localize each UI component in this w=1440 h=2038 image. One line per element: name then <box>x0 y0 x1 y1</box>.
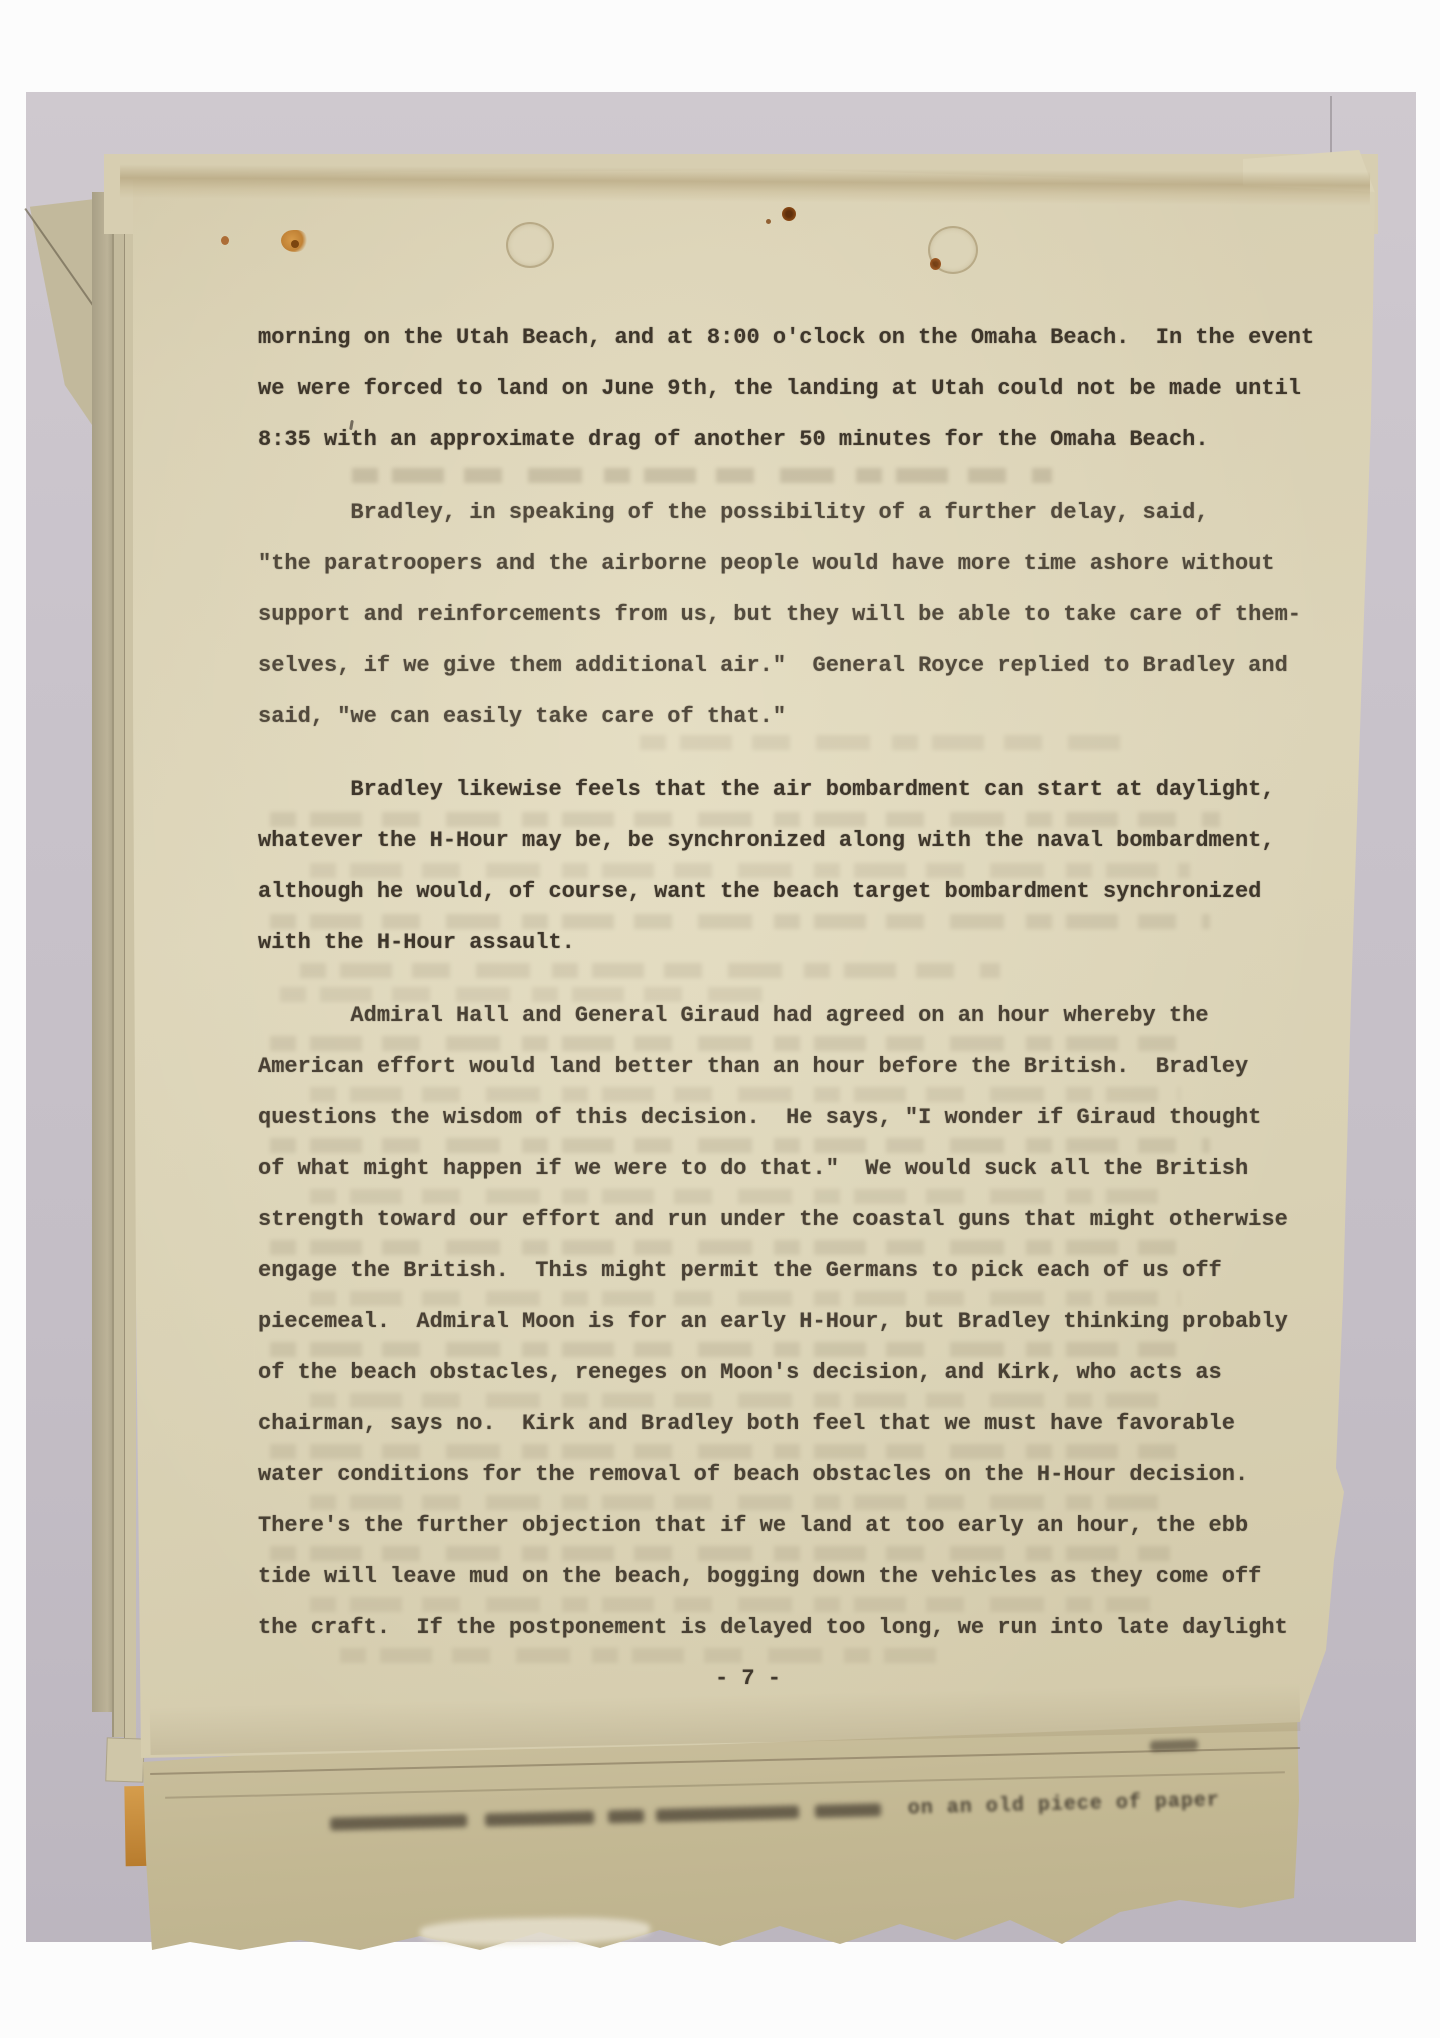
illegible-smudge <box>656 1805 798 1822</box>
typed-line: engage the British. This might permit th… <box>258 1245 1338 1296</box>
illegible-smudge <box>330 1814 468 1831</box>
rust-speck-on-ring <box>930 258 941 270</box>
typed-line: of what might happen if we were to do th… <box>258 1143 1338 1194</box>
page-number: - 7 - <box>688 1666 808 1691</box>
typed-line: piecemeal. Admiral Moon is for an early … <box>258 1296 1338 1347</box>
typed-line: tide will leave mud on the beach, boggin… <box>258 1551 1338 1602</box>
typed-line: Bradley, in speaking of the possibility … <box>258 487 1338 538</box>
paragraph: morning on the Utah Beach, and at 8:00 o… <box>258 312 1338 465</box>
typewritten-text: morning on the Utah Beach, and at 8:00 o… <box>258 312 1338 1653</box>
typed-line: There's the further objection that if we… <box>258 1500 1338 1551</box>
typed-line: support and reinforcements from us, but … <box>258 589 1338 640</box>
stacked-sheet-edge <box>92 192 114 1712</box>
typed-line: we were forced to land on June 9th, the … <box>258 363 1338 414</box>
rust-dot <box>782 207 796 221</box>
typed-line: 8:35 with an approximate drag of another… <box>258 414 1338 465</box>
typed-line: American effort would land better than a… <box>258 1041 1338 1092</box>
bottom-sheet-corner-tab <box>105 1737 145 1782</box>
rust-stain-small <box>221 236 229 245</box>
typed-line: questions the wisdom of this decision. H… <box>258 1092 1338 1143</box>
typed-line: the craft. If the postponement is delaye… <box>258 1602 1338 1653</box>
rust-speck <box>766 219 771 224</box>
bottom-sheet-legible-fragment: on an old piece of paper <box>895 1789 1221 1821</box>
illegible-smudge <box>485 1810 594 1826</box>
typed-line: Admiral Hall and General Giraud had agre… <box>258 990 1338 1041</box>
typed-line: chairman, says no. Kirk and Bradley both… <box>258 1398 1338 1449</box>
typed-line: Bradley likewise feels that the air bomb… <box>258 764 1338 815</box>
typed-line: "the paratroopers and the airborne peopl… <box>258 538 1338 589</box>
illegible-smudge <box>608 1809 644 1823</box>
typed-line: water conditions for the removal of beac… <box>258 1449 1338 1500</box>
binder-ring-stain-left <box>506 222 554 268</box>
typed-line: whatever the H-Hour may be, be synchroni… <box>258 815 1338 866</box>
typed-line: of the beach obstacles, reneges on Moon'… <box>258 1347 1338 1398</box>
scanned-document-page: on an old piece of paper morning on the … <box>0 0 1440 2038</box>
typed-line: strength toward our effort and run under… <box>258 1194 1338 1245</box>
bottom-sheet-ink-smudge <box>1150 1739 1198 1752</box>
paragraph: Bradley likewise feels that the air bomb… <box>258 764 1338 968</box>
typed-line: selves, if we give them additional air."… <box>258 640 1338 691</box>
typed-line: morning on the Utah Beach, and at 8:00 o… <box>258 312 1338 363</box>
paragraph: Bradley, in speaking of the possibility … <box>258 487 1338 742</box>
typed-line: with the H-Hour assault. <box>258 917 1338 968</box>
rust-stain-core <box>291 240 299 248</box>
typed-line: said, "we can easily take care of that." <box>258 691 1338 742</box>
paragraph: Admiral Hall and General Giraud had agre… <box>258 990 1338 1653</box>
typed-line: although he would, of course, want the b… <box>258 866 1338 917</box>
illegible-smudge <box>814 1803 881 1818</box>
